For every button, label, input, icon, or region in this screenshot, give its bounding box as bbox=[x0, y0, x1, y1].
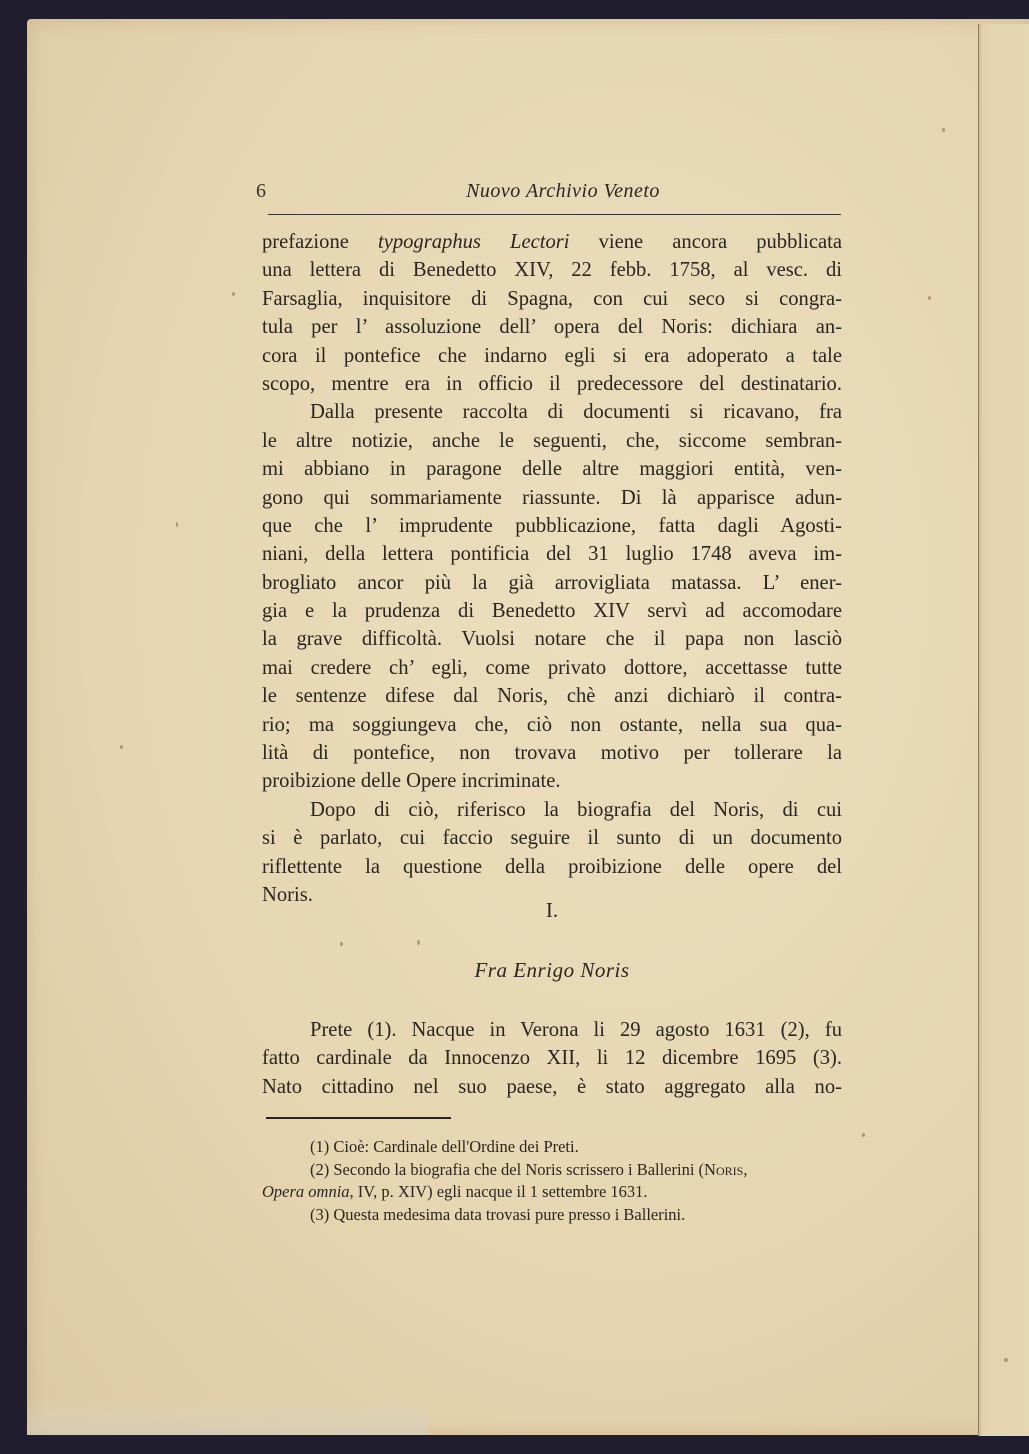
foxing-spot bbox=[942, 128, 945, 132]
text-line: Nato cittadino nel suo paese, è stato ag… bbox=[262, 1073, 842, 1101]
footnotes: (1) Cioè: Cardinale dell'Ordine dei Pret… bbox=[262, 1136, 842, 1226]
text-line: proibizione delle Opere incriminate. bbox=[262, 767, 842, 795]
text-line: gono qui sommariamente riassunte. Di là … bbox=[262, 484, 842, 512]
footnote-2: (2) Secondo la biografia che del Noris s… bbox=[262, 1159, 842, 1182]
footnote-3: (3) Questa medesima data trovasi pure pr… bbox=[262, 1204, 842, 1227]
text-line: rio; ma soggiungeva che, ciò non ostante… bbox=[262, 711, 842, 739]
text-span: prefazione bbox=[262, 231, 378, 253]
facing-page-edge bbox=[978, 24, 1029, 1436]
foxing-spot bbox=[928, 296, 931, 300]
footnote-1: (1) Cioè: Cardinale dell'Ordine dei Pret… bbox=[262, 1136, 842, 1159]
text-line: Farsaglia, inquisitore di Spagna, con cu… bbox=[262, 285, 842, 313]
footnote-2-continued: Opera omnia, IV, p. XIV) egli nacque il … bbox=[262, 1181, 842, 1204]
text-line: prefazione typographus Lectori viene anc… bbox=[262, 228, 842, 256]
text-line: riflettente la questione della proibizio… bbox=[262, 853, 842, 881]
biography-text: Prete (1). Nacque in Verona li 29 agosto… bbox=[262, 1016, 842, 1101]
foxing-spot bbox=[176, 522, 178, 527]
text-line: brogliato ancor più la già arrovigliata … bbox=[262, 569, 842, 597]
section-number: I. bbox=[262, 898, 842, 923]
footnote-rule bbox=[266, 1117, 451, 1119]
text-line: gia e la prudenza di Benedetto XIV servì… bbox=[262, 597, 842, 625]
text-line: le altre notizie, anche le seguenti, che… bbox=[262, 427, 842, 455]
text-span: viene ancora pubblicata bbox=[570, 231, 842, 253]
text-line: si è parlato, cui faccio seguire il sunt… bbox=[262, 824, 842, 852]
text-line: Dopo di ciò, riferisco la biografia del … bbox=[262, 796, 842, 824]
paragraph: prefazione typographus Lectori viene anc… bbox=[262, 228, 842, 398]
foxing-spot bbox=[232, 292, 235, 296]
foxing-spot bbox=[340, 942, 343, 946]
text-line: que che l’ imprudente pubblicazione, fat… bbox=[262, 512, 842, 540]
text-line: una lettera di Benedetto XIV, 22 febb. 1… bbox=[262, 256, 842, 284]
text-line: cora il pontefice che indarno egli si er… bbox=[262, 342, 842, 370]
text-span: , bbox=[743, 1160, 747, 1179]
header-rule bbox=[268, 214, 841, 215]
italic-title: Opera omnia bbox=[262, 1182, 350, 1201]
foxing-spot bbox=[1004, 1358, 1008, 1362]
text-span: , IV, p. XIV) egli nacque il 1 settembre… bbox=[350, 1182, 648, 1201]
body-text: prefazione typographus Lectori viene anc… bbox=[262, 228, 842, 909]
text-line: niani, della lettera pontificia del 31 l… bbox=[262, 540, 842, 568]
foxing-spot bbox=[120, 745, 123, 749]
foxing-spot bbox=[417, 940, 420, 945]
italic-title: typographus Lectori bbox=[378, 231, 570, 253]
foxing-spot bbox=[862, 1133, 865, 1137]
page-header: 6 Nuovo Archivio Veneto bbox=[256, 180, 840, 206]
paragraph: Dopo di ciò, riferisco la biografia del … bbox=[262, 796, 842, 910]
text-line: lità di pontefice, non trovava motivo pe… bbox=[262, 739, 842, 767]
text-line: la grave difficoltà. Vuolsi notare che i… bbox=[262, 625, 842, 653]
text-line: mai credere ch’ egli, come privato dotto… bbox=[262, 654, 842, 682]
text-line: tula per l’ assoluzione dell’ opera del … bbox=[262, 313, 842, 341]
text-line: mi abbiano in paragone delle altre maggi… bbox=[262, 455, 842, 483]
small-caps-name: Noris bbox=[704, 1160, 743, 1179]
text-line: le sentenze difese dal Noris, chè anzi d… bbox=[262, 682, 842, 710]
paragraph: Dalla presente raccolta di documenti si … bbox=[262, 398, 842, 795]
text-line: scopo, mentre era in officio il predeces… bbox=[262, 370, 842, 398]
running-title: Nuovo Archivio Veneto bbox=[256, 180, 840, 203]
text-line: Prete (1). Nacque in Verona li 29 agosto… bbox=[262, 1016, 842, 1044]
text-line: fatto cardinale da Innocenzo XII, li 12 … bbox=[262, 1044, 842, 1072]
section-title: Fra Enrigo Noris bbox=[262, 958, 842, 983]
text-line: Dalla presente raccolta di documenti si … bbox=[262, 398, 842, 426]
text-span: (2) Secondo la biografia che del Noris s… bbox=[310, 1160, 704, 1179]
page-discoloration bbox=[27, 1395, 427, 1435]
